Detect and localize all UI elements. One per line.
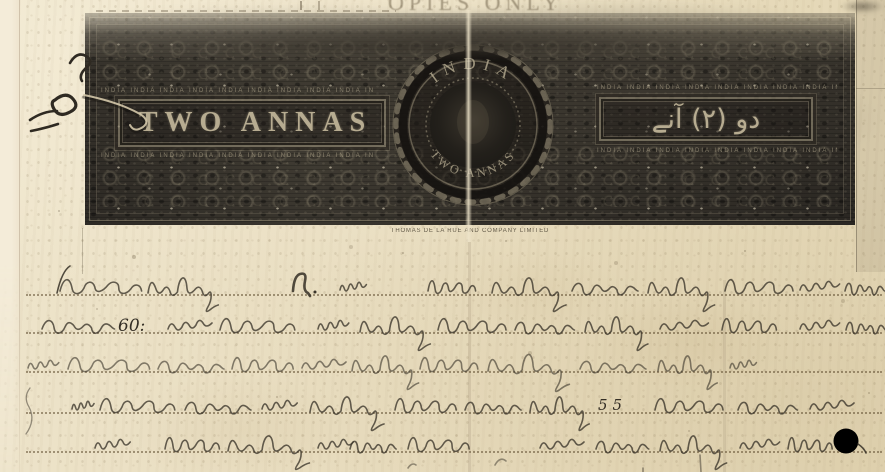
binding-thread	[0, 0, 885, 472]
scanned-stamp-paper-document: OPIES ONLY INDIA INDIA INDIA INDIA INDIA…	[0, 0, 885, 472]
dust-specks	[0, 0, 2, 2]
